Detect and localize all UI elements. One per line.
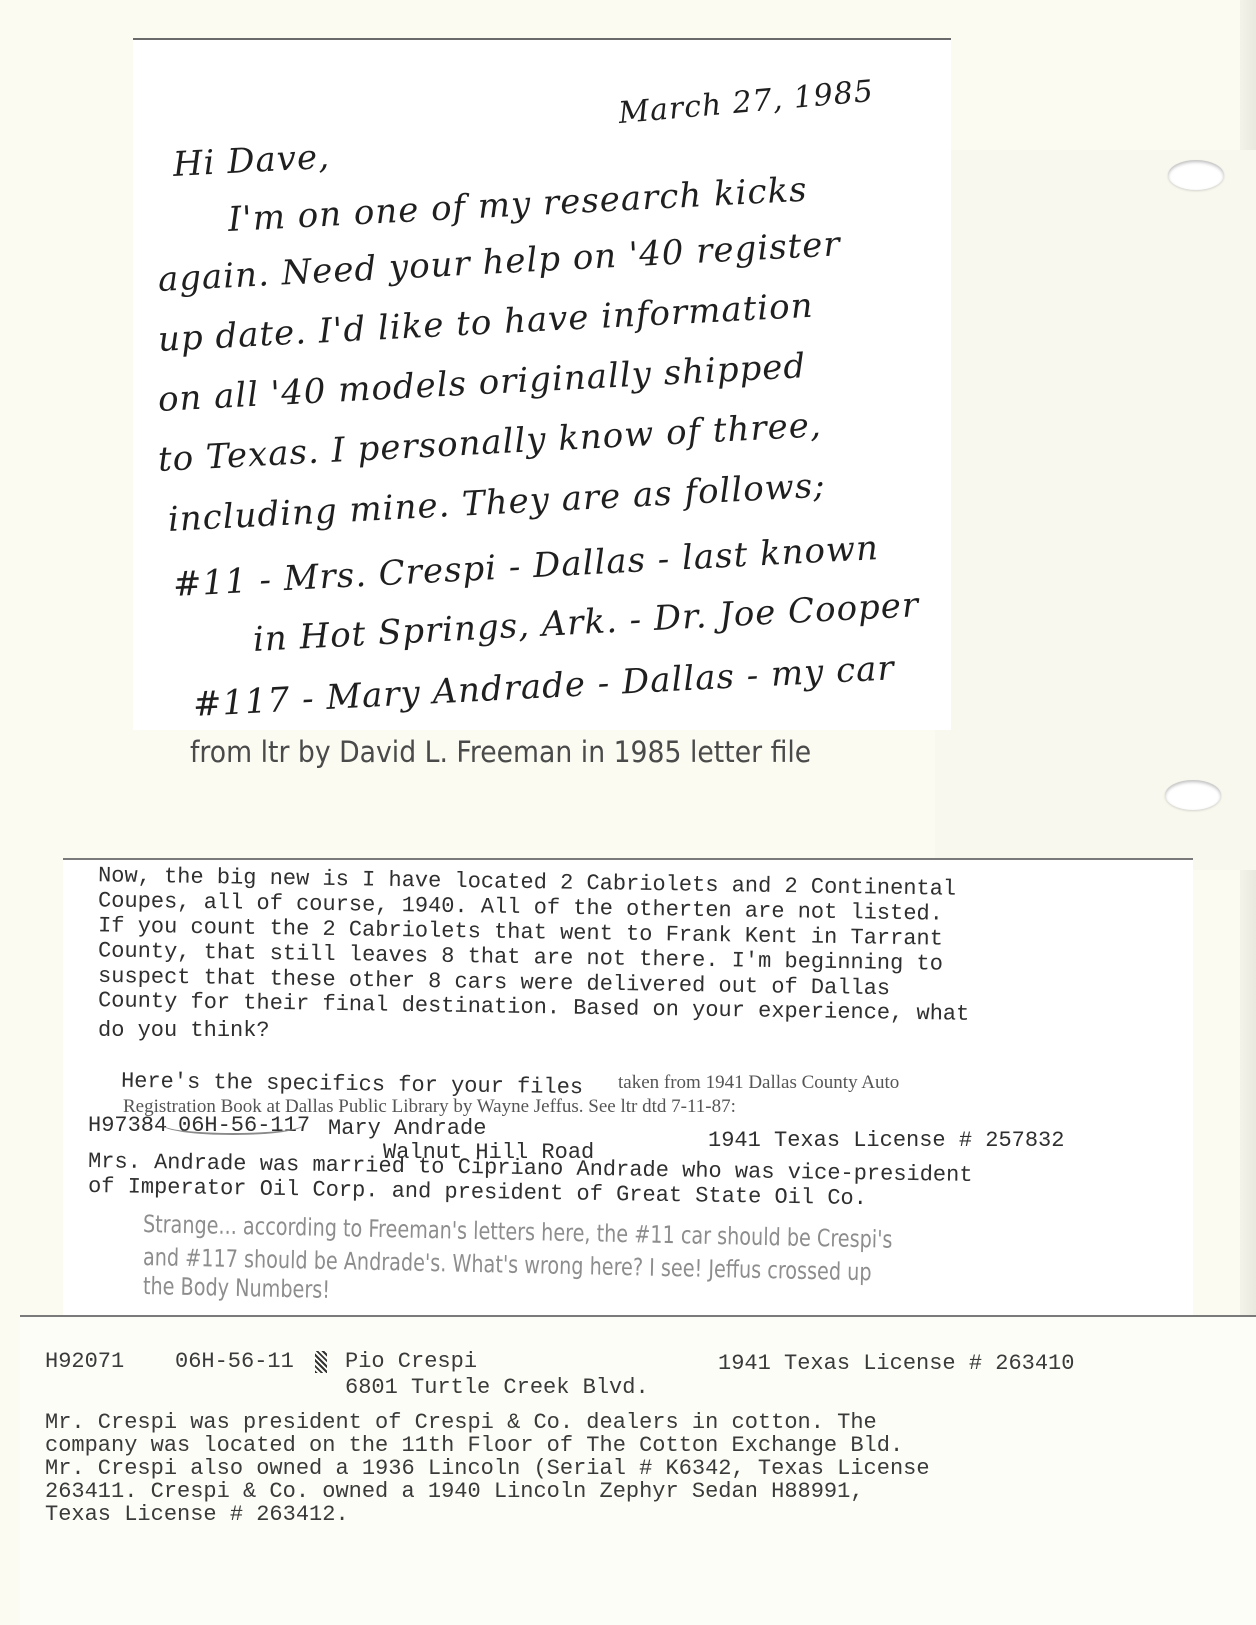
record-serial: H92071 bbox=[45, 1349, 124, 1374]
handwritten-letter: March 27, 1985 Hi Dave, I'm on one of my… bbox=[133, 38, 951, 730]
underlying-sheet bbox=[935, 150, 1256, 870]
record-owner: Pio Crespi bbox=[345, 1349, 477, 1374]
source-annotation: from ltr by David L. Freeman in 1985 let… bbox=[190, 735, 811, 769]
specifics-source: taken from 1941 Dallas County Auto bbox=[618, 1072, 899, 1094]
paragraph-line: do you think? bbox=[98, 1018, 270, 1043]
record-license: 1941 Texas License # 263410 bbox=[718, 1351, 1074, 1376]
letter-line: to Texas. I personally know of three, bbox=[157, 405, 823, 480]
bio-line: Mr. Crespi also owned a 1936 Lincoln (Se… bbox=[45, 1456, 930, 1481]
swap-arrow-icon bbox=[163, 1115, 303, 1135]
punch-hole-icon bbox=[1165, 780, 1221, 810]
typed-clipping-crespi: H92071 06H-56-11 Pio Crespi 6801 Turtle … bbox=[20, 1315, 1256, 1625]
bio-line: 263411. Crespi & Co. owned a 1940 Lincol… bbox=[45, 1479, 864, 1504]
letter-line: in Hot Springs, Ark. - Dr. Joe Cooper bbox=[252, 585, 920, 660]
letter-line: including mine. They are as follows; bbox=[167, 466, 827, 540]
bio-line: Mr. Crespi was president of Crespi & Co.… bbox=[45, 1410, 877, 1435]
letter-date: March 27, 1985 bbox=[617, 74, 875, 131]
record-license: 1941 Texas License # 257832 bbox=[708, 1128, 1064, 1153]
record-address: 6801 Turtle Creek Blvd. bbox=[345, 1375, 649, 1400]
letter-line: on all '40 models originally shipped bbox=[157, 346, 807, 420]
punch-hole-icon bbox=[1168, 160, 1224, 190]
letter-greeting: Hi Dave, bbox=[172, 137, 331, 185]
letter-line: #117 - Mary Andrade - Dallas - my car bbox=[192, 648, 896, 725]
record-owner: Mary Andrade bbox=[328, 1116, 486, 1141]
record-serial: H97384 bbox=[88, 1113, 167, 1138]
bio-line: company was located on the 11th Floor of… bbox=[45, 1433, 903, 1458]
typed-clipping-andrade: Now, the big new is I have located 2 Cab… bbox=[63, 858, 1193, 1315]
scribble-mark-icon bbox=[315, 1351, 327, 1373]
record-body-number: 06H-56-11 bbox=[175, 1349, 294, 1374]
pencil-note-line: the Body Numbers! bbox=[143, 1272, 331, 1304]
letter-line: up date. I'd like to have information bbox=[157, 286, 814, 360]
bio-line: Texas License # 263412. bbox=[45, 1502, 349, 1527]
